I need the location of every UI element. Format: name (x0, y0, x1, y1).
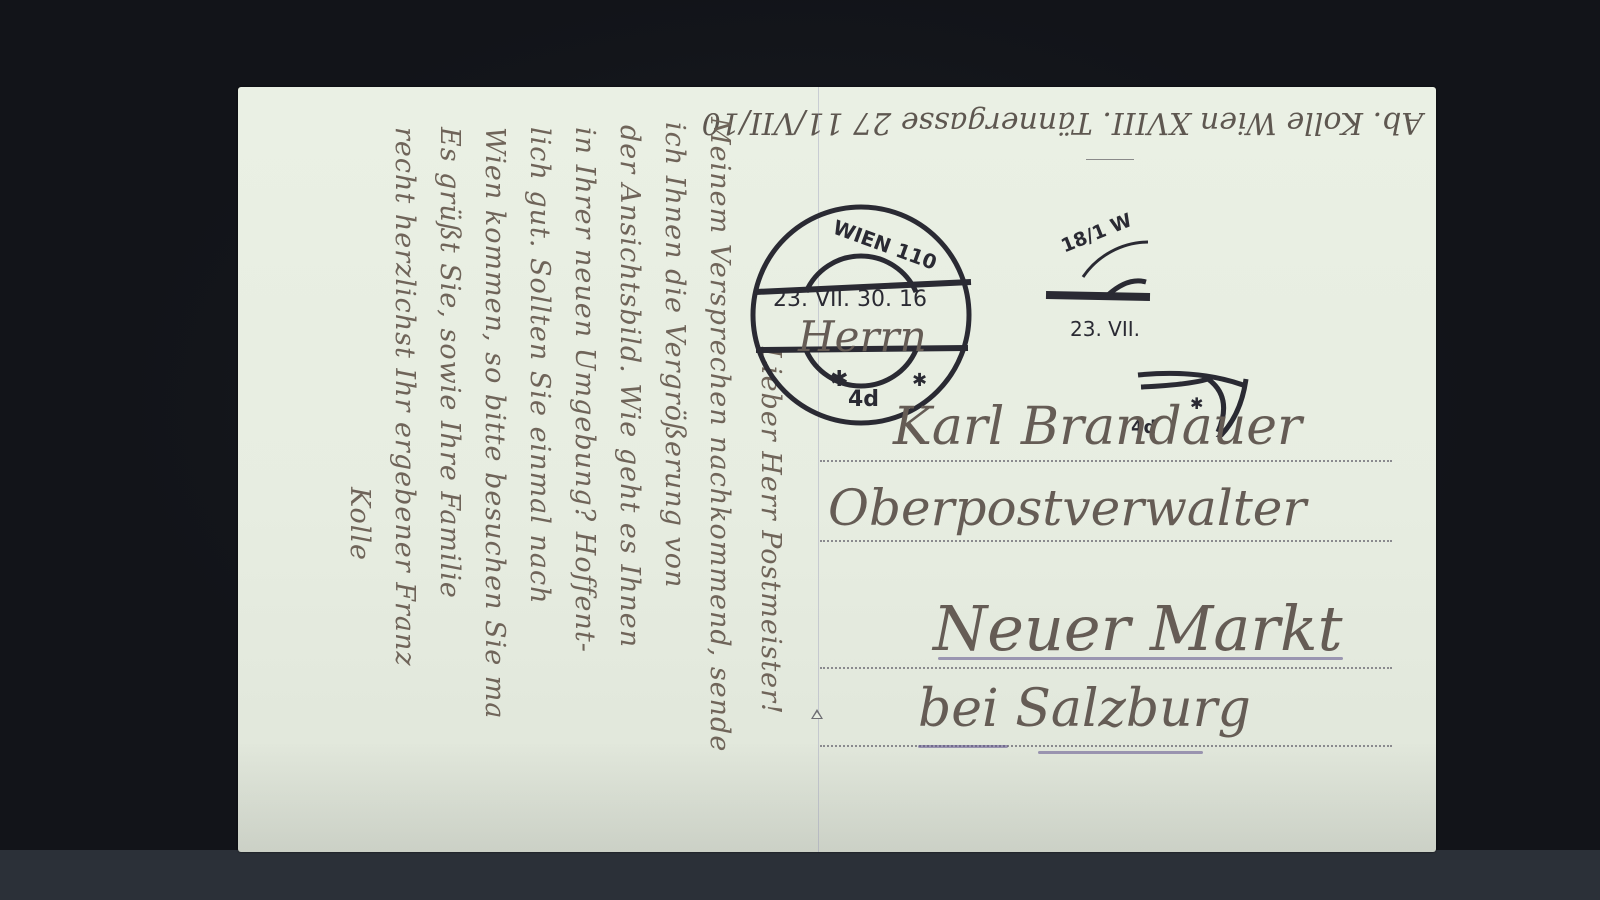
address-region: bei Salzburg (918, 679, 1251, 739)
background-band (0, 850, 1600, 900)
message-line: ich Ihnen die Vergrößerung von (659, 122, 690, 588)
address-line (820, 745, 1392, 747)
region-underline-2 (1038, 751, 1203, 754)
postmark-partial-date: 23. VII. (1070, 317, 1140, 341)
message-line: Kolle (344, 487, 375, 561)
address-name: Karl Brandauer (893, 397, 1302, 457)
address-line (820, 667, 1392, 669)
card-shading (238, 742, 1436, 852)
address-line (820, 460, 1392, 462)
town-underline (938, 657, 1343, 660)
message-line: Es grüßt Sie, sowie Ihre Familie (434, 127, 465, 599)
address-title: Oberpostverwalter (828, 479, 1306, 537)
message-line: Meinem Versprechen nachkommend, sende (704, 117, 735, 752)
message-line: der Ansichtsbild. Wie geht es Ihnen (614, 125, 645, 648)
message-line: in Ihrer neuen Umgebung? Hoffent- (569, 127, 600, 653)
address-salutation: Herrn (798, 312, 927, 361)
top-note: Ab. Kolle Wien XVIII. Tännergasse 27 11/… (823, 105, 1423, 140)
address-line (820, 540, 1392, 542)
message-line: Wien kommen, so bitte besuchen Sie ma (479, 127, 510, 719)
postmark-bottom-text: 4d (848, 387, 879, 412)
region-underline (918, 745, 1008, 748)
divider-triangle-icon (811, 709, 823, 719)
address-town: Neuer Markt (933, 592, 1342, 665)
message-line: recht herzlichst Ihr ergebener Franz (389, 127, 420, 667)
postmark-date: 23. VII. 30. 16 (773, 287, 927, 312)
postcard: Ab. Kolle Wien XVIII. Tännergasse 27 11/… (238, 87, 1436, 852)
svg-text:✱: ✱ (912, 370, 927, 391)
svg-text:✱: ✱ (830, 367, 848, 392)
top-note-underline (1086, 159, 1134, 160)
message-line: lich gut. Sollten Sie einmal nach (524, 127, 555, 605)
